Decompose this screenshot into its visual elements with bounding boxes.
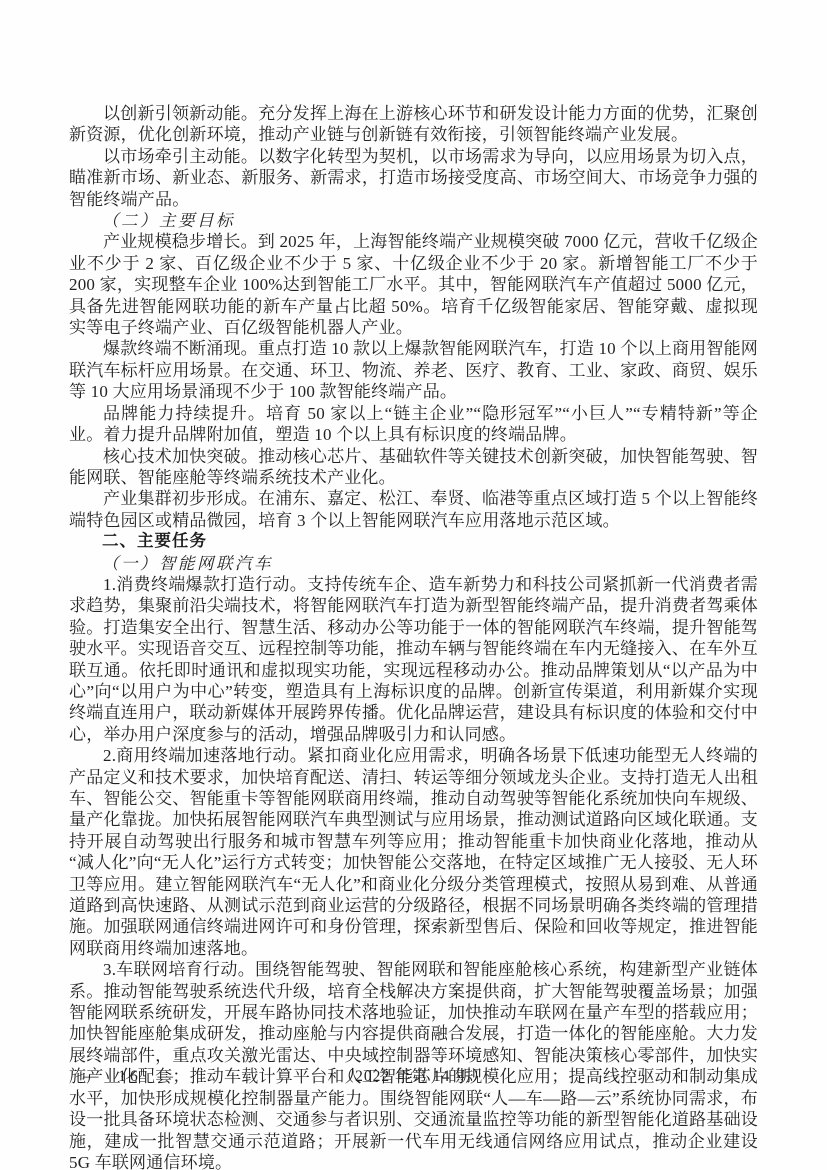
- paragraph: 品牌能力持续提升。培育 50 家以上“链主企业”“隐形冠军”“小巨人”“专精特新…: [69, 403, 758, 446]
- paragraph: 核心技术加快突破。推动核心芯片、基础软件等关键技术创新突破，加快智能驾驶、智能网…: [69, 446, 758, 489]
- paragraph: 爆款终端不断涌现。重点打造 10 款以上爆款智能网联汽车，打造 10 个以上商用…: [69, 338, 758, 402]
- subsection-heading: （一）智能网联汽车: [69, 553, 758, 574]
- document-page: 以创新引领新动能。充分发挥上海在上游核心环节和研发设计能力方面的优势，汇聚创新资…: [0, 0, 827, 1170]
- paragraph: 3.车联网培育行动。围绕智能驾驶、智能网联和智能座舱核心系统，构建新型产业链体系…: [69, 959, 758, 1170]
- paragraph: 产业集群初步形成。在浦东、嘉定、松江、奉贤、临港等重点区域打造 5 个以上智能终…: [69, 488, 758, 531]
- paragraph: 1.消费终端爆款打造行动。支持传统车企、造车新势力和科技公司紧抓新一代消费者需求…: [69, 574, 758, 745]
- page-footer: — 16 — （2022 年第 14 期）: [69, 1066, 758, 1088]
- issue-label: （2022 年第 14 期）: [69, 1066, 758, 1088]
- paragraph: 2.商用终端加速落地行动。紧扣商业化应用需求，明确各场景下低速功能型无人终端的产…: [69, 745, 758, 959]
- subsection-heading: （二）主要目标: [69, 210, 758, 231]
- paragraph: 以市场牵引主动能。以数字化转型为契机，以市场需求为导向，以应用场景为切入点，瞄准…: [69, 146, 758, 210]
- document-body: 以创新引领新动能。充分发挥上海在上游核心环节和研发设计能力方面的优势，汇聚创新资…: [69, 103, 758, 1170]
- paragraph: 产业规模稳步增长。到 2025 年，上海智能终端产业规模突破 7000 亿元，营…: [69, 231, 758, 338]
- section-heading: 二、主要任务: [69, 531, 758, 552]
- paragraph: 以创新引领新动能。充分发挥上海在上游核心环节和研发设计能力方面的优势，汇聚创新资…: [69, 103, 758, 146]
